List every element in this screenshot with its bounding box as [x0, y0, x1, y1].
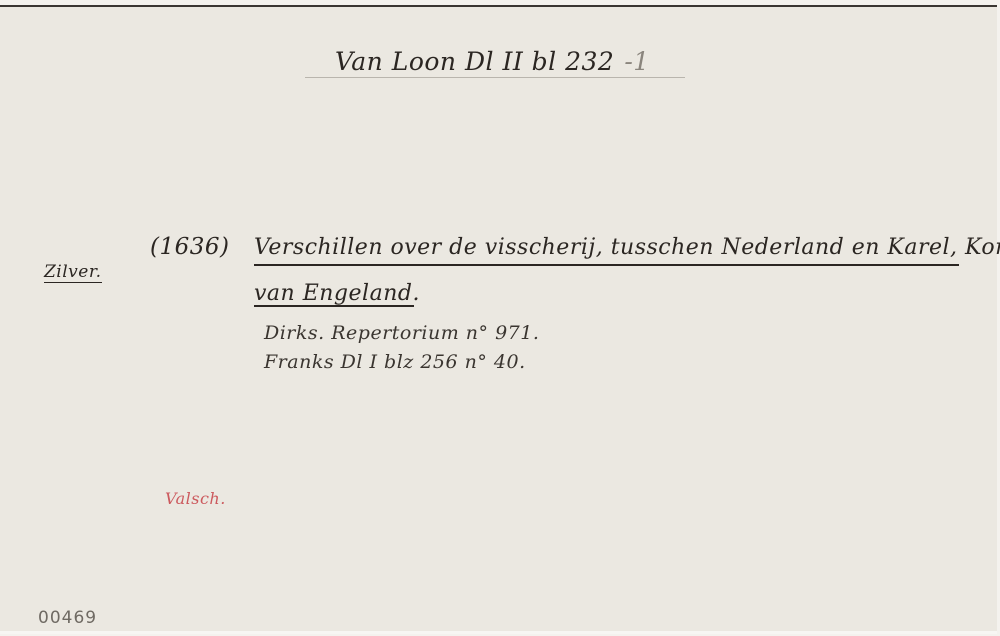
header-rule-line [305, 77, 685, 78]
entry-title-line-1: Verschillen over de visscherij, tusschen… [254, 235, 1000, 260]
header-suffix: -1 [624, 47, 649, 76]
annotation-valsch: Valsch. [165, 489, 226, 508]
catalog-number: 00469 [38, 608, 97, 628]
header-reference-text: Van Loon Dl II bl 232 [335, 47, 614, 76]
catalog-card: Van Loon Dl II bl 232-1 Zilver. (1636) V… [0, 5, 997, 634]
card-edge [0, 631, 997, 634]
title-underline-2 [254, 305, 414, 307]
subject-heading: Zilver. [44, 262, 102, 283]
entry-year: (1636) [150, 234, 229, 260]
title-underline-1 [254, 264, 959, 266]
entry-title-line-2: van Engeland. [254, 281, 420, 306]
card-header-reference: Van Loon Dl II bl 232-1 [335, 47, 650, 76]
reference-line-2: Franks Dl I blz 256 n° 40. [264, 351, 526, 373]
reference-line-1: Dirks. Repertorium n° 971. [264, 322, 539, 344]
